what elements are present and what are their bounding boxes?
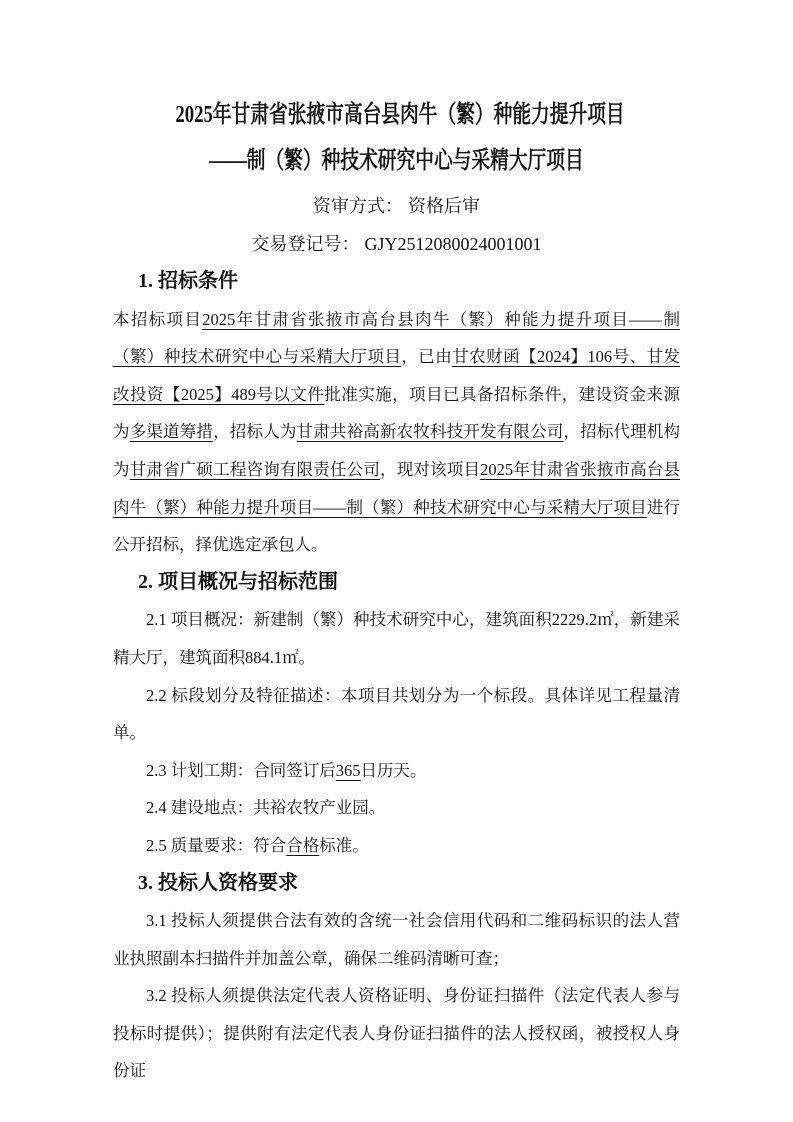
text-run: 标准。 (319, 836, 369, 855)
paragraph: 2.2 标段划分及特征描述：本项目共划分为一个标段。具体详见工程量清单。 (113, 677, 680, 752)
text-run: 本招标项目 (113, 310, 202, 329)
section-heading: 1. 招标条件 (113, 263, 680, 301)
underlined-text: 甘肃省广硕工程咨询有限责任公司 (130, 460, 380, 479)
text-run: 2.2 标段划分及特征描述：本项目共划分为一个标段。具体详见工程量清单。 (113, 686, 680, 743)
text-run: 2.5 质量要求：符合 (146, 836, 286, 855)
underlined-text: 合格 (286, 836, 319, 855)
section-heading: 3. 投标人资格要求 (113, 865, 680, 903)
registration-number-label: 交易登记号： (251, 234, 359, 254)
document-title: 2025年甘肃省张掖市高台县肉牛（繁）种能力提升项目 ——制（繁）种技术研究中心… (175, 92, 617, 184)
paragraph: 2.4 建设地点：共裕农牧产业园。 (113, 789, 680, 827)
underlined-text: 多渠道筹措 (130, 422, 213, 441)
text-run: 日历天。 (361, 761, 427, 780)
section-heading: 2. 项目概况与招标范围 (113, 564, 680, 602)
paragraph: 2.1 项目概况：新建制（繁）种技术研究中心，建筑面积2229.2㎡，新建采精大… (113, 601, 680, 676)
underlined-text: 甘肃共裕高新农牧科技开发有限公司 (297, 422, 564, 441)
registration-number-value: GJY2512080024001001 (364, 234, 541, 254)
registration-number-line: 交易登记号：GJY2512080024001001 (113, 226, 680, 264)
title-line-2: ——制（繁）种技术研究中心与采精大厅项目 (175, 138, 617, 184)
document-content-area: 2025年甘肃省张掖市高台县肉牛（繁）种能力提升项目 ——制（繁）种技术研究中心… (113, 0, 680, 1090)
paragraph: 2.3 计划工期：合同签订后365日历天。 (113, 752, 680, 790)
document-page: 2025年甘肃省张掖市高台县肉牛（繁）种能力提升项目 ——制（繁）种技术研究中心… (0, 0, 793, 1122)
text-run: ，招标人为 (213, 422, 296, 441)
text-run: ，已由 (401, 347, 452, 366)
paragraph: 3.1 投标人须提供合法有效的含统一社会信用代码和二维码标识的法人营业执照副本扫… (113, 902, 680, 977)
text-run: ，现对该项目 (380, 460, 480, 479)
text-run: 3.1 投标人须提供合法有效的含统一社会信用代码和二维码标识的法人营业执照副本扫… (113, 911, 680, 968)
paragraph: 2.5 质量要求：符合合格标准。 (113, 827, 680, 865)
title-line-1: 2025年甘肃省张掖市高台县肉牛（繁）种能力提升项目 (175, 92, 617, 138)
paragraph: 3.2 投标人须提供法定代表人资格证明、身份证扫描件（法定代表人参与投标时提供）… (113, 977, 680, 1090)
text-run: 2.3 计划工期：合同签订后 (146, 761, 336, 780)
review-method-label: 资审方式： (313, 196, 403, 216)
paragraph: 本招标项目2025年甘肃省张掖市高台县肉牛（繁）种能力提升项目——制（繁）种技术… (113, 301, 680, 564)
underlined-text: 365 (336, 761, 361, 780)
document-meta: 资审方式：资格后审 交易登记号：GJY2512080024001001 (113, 188, 680, 263)
text-run: 2.4 建设地点：共裕农牧产业园。 (146, 798, 385, 817)
text-run: 2.1 项目概况：新建制（繁）种技术研究中心，建筑面积2229.2㎡，新建采精大… (113, 610, 680, 667)
text-run: 3.2 投标人须提供法定代表人资格证明、身份证扫描件（法定代表人参与投标时提供）… (113, 986, 680, 1080)
document-body: 1. 招标条件本招标项目2025年甘肃省张掖市高台县肉牛（繁）种能力提升项目——… (113, 263, 680, 1090)
review-method-value: 资格后审 (408, 196, 480, 216)
review-method-line: 资审方式：资格后审 (113, 188, 680, 226)
